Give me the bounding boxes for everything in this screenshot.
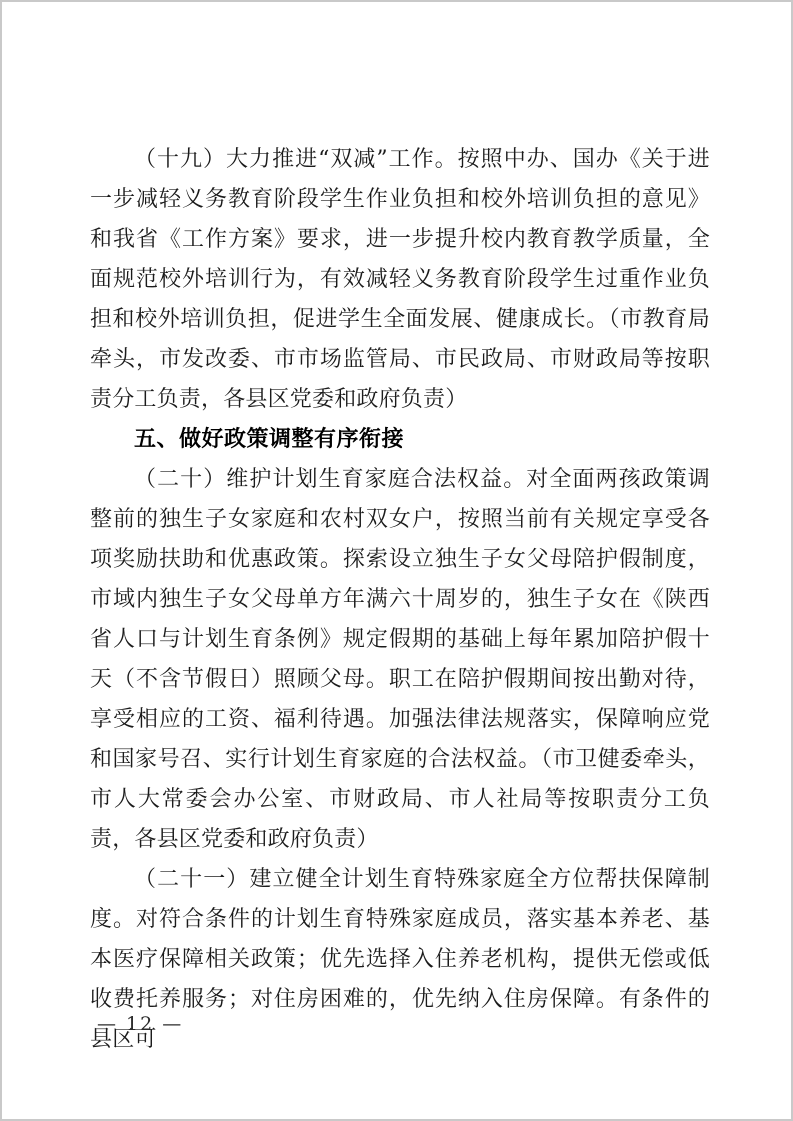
page-number: — 12 — — [97, 1012, 183, 1036]
paragraph-item-20: （二十）维护计划生育家庭合法权益。对全面两孩政策调整前的独生子女家庭和农村双女户… — [90, 460, 710, 860]
paragraph-item-19: （十九）大力推进“双减”工作。按照中办、国办《关于进一步减轻义务教育阶段学生作业… — [90, 140, 710, 420]
section-heading-5: 五、做好政策调整有序衔接 — [90, 420, 710, 460]
document-body: （十九）大力推进“双减”工作。按照中办、国办《关于进一步减轻义务教育阶段学生作业… — [90, 140, 710, 1060]
document-page: （十九）大力推进“双减”工作。按照中办、国办《关于进一步减轻义务教育阶段学生作业… — [0, 0, 793, 1121]
